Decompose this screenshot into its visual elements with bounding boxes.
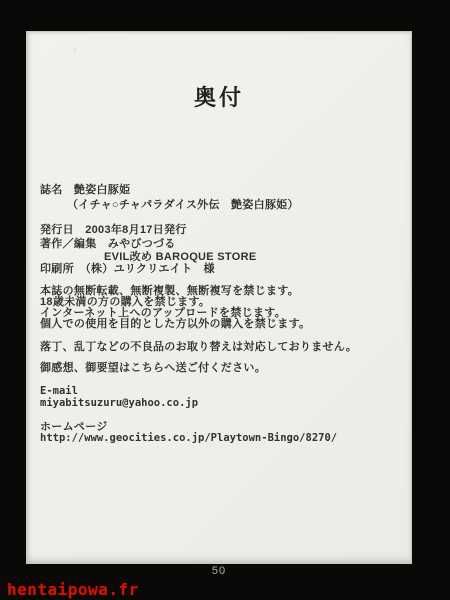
email-address: miyabitsuzuru@yahoo.co.jp xyxy=(40,397,198,409)
notice-personal-use: 個人での使用を目的とした方以外の購入を禁じます。 xyxy=(40,315,310,331)
homepage-url: http://www.geocities.co.jp/Playtown-Bing… xyxy=(40,432,337,444)
journal-name-line: 誌名 艶姿白豚姫 xyxy=(40,181,130,197)
colophon-page: 奥付 誌名 艶姿白豚姫 （イチャ○チャパラダイス外伝 艶姿白豚姫） 発行日 20… xyxy=(26,31,412,564)
feedback-notice: 御感想、御要望はこちらへ送ご付ください。 xyxy=(40,359,266,375)
page-number: 50 xyxy=(26,565,412,577)
printer-line: 印刷所 （株）ユリクリエイト 様 xyxy=(40,260,215,276)
email-label: E-mail xyxy=(40,385,78,397)
site-watermark: hentaipowa.fr xyxy=(7,580,139,599)
scanned-page-viewer: 奥付 誌名 艶姿白豚姫 （イチャ○チャパラダイス外伝 艶姿白豚姫） 発行日 20… xyxy=(0,0,450,600)
scan-artifact xyxy=(73,48,77,53)
colophon-title: 奥付 xyxy=(27,81,411,112)
defects-notice: 落丁、乱丁などの不良品のお取り替えは対応しておりません。 xyxy=(40,338,357,354)
journal-name-subtitle: （イチャ○チャパラダイス外伝 艶姿白豚姫） xyxy=(67,196,299,212)
